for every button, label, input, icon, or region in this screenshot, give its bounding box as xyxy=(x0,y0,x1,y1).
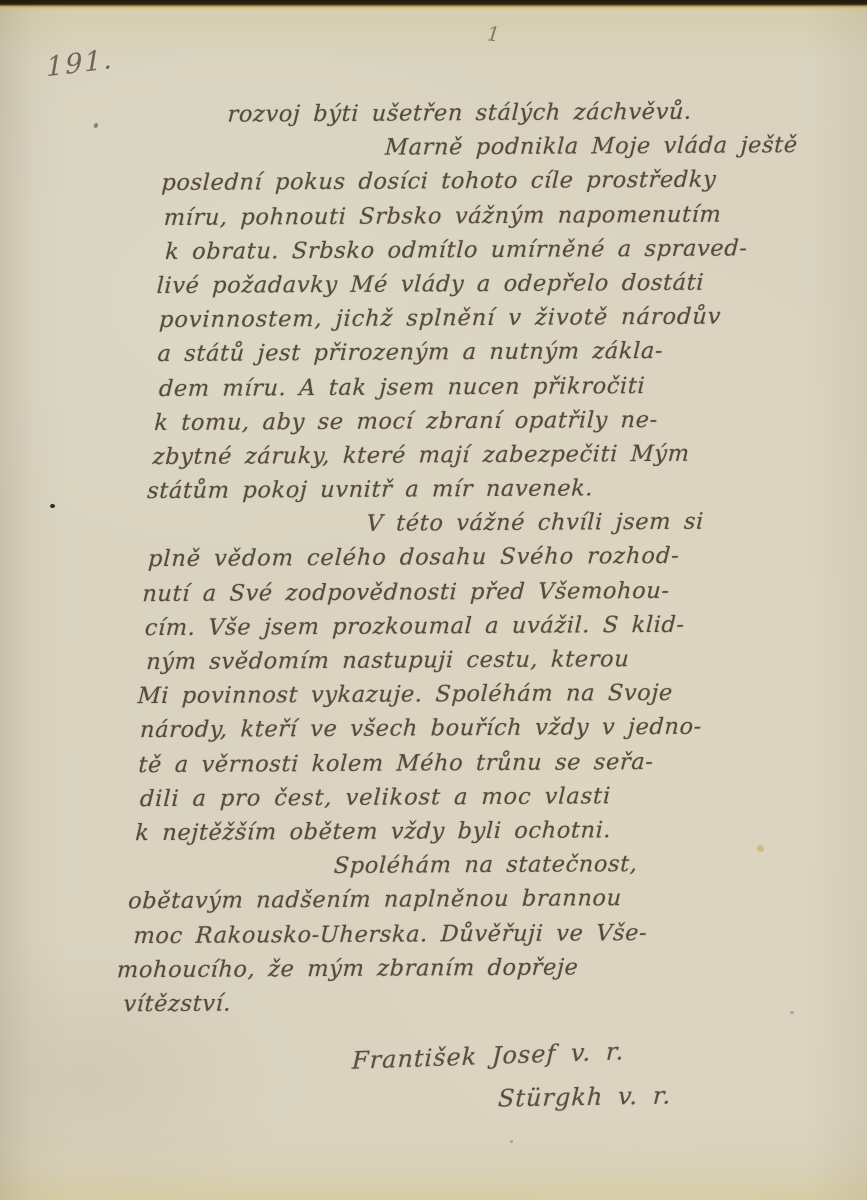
paper-speck xyxy=(50,504,55,508)
paper-speck xyxy=(790,1011,794,1014)
paper-speck xyxy=(510,1140,513,1143)
paper-stain xyxy=(757,845,764,852)
manuscript-page: 191. 1 rozvoj býti ušetřen stálých záchv… xyxy=(0,0,867,1200)
signature-frantisek-josef: František Josef v. r. xyxy=(352,1037,625,1075)
signature-block: František Josef v. r. Stürgkh v. r. xyxy=(0,0,867,1200)
signature-stuergkh: Stürgkh v. r. xyxy=(497,1081,672,1112)
